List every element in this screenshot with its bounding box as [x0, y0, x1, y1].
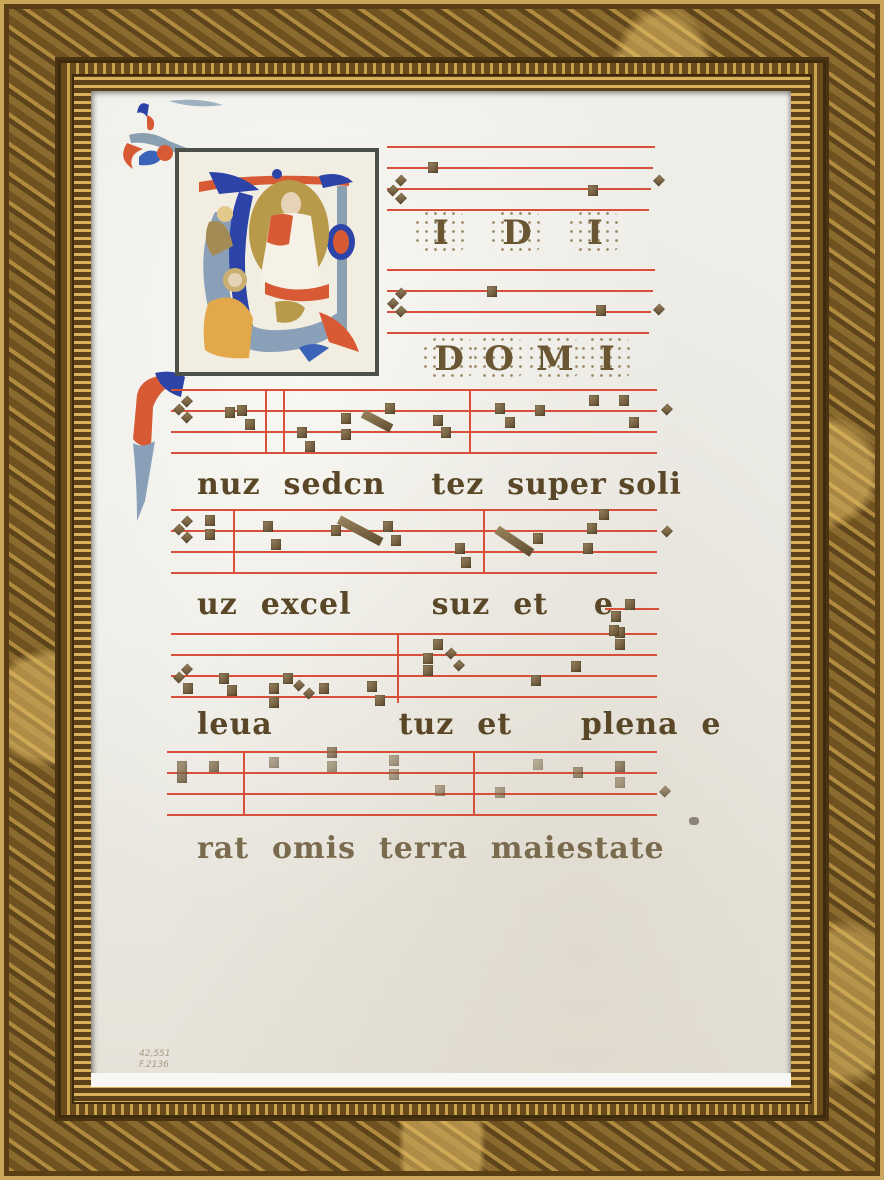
stave-4 [171, 509, 661, 579]
inventory-code: F.2136 [139, 1060, 171, 1071]
lyrics-line-1: nuz sedcn tez super soli [197, 467, 682, 502]
manuscript-leaf: I D I D O M I [91, 91, 791, 1087]
display-capital: I [570, 213, 620, 253]
inventory-note: 42,551 F.2136 [139, 1049, 171, 1071]
display-capital: D [492, 213, 542, 253]
historiated-initial [175, 148, 379, 376]
leaf-bottom-edge [91, 1073, 791, 1087]
stave-3 [171, 389, 661, 459]
stave-2 [387, 269, 657, 339]
ink-blot [689, 817, 699, 825]
lyrics-line-4: rat omis terra maiestate [197, 831, 665, 866]
inventory-number: 42,551 [139, 1049, 171, 1060]
display-capital: I [582, 339, 632, 379]
stave-6 [167, 751, 661, 821]
neume [625, 599, 635, 610]
display-capital: O [474, 339, 524, 379]
display-capital: M [530, 339, 580, 379]
display-capital: D [424, 339, 474, 379]
stave-1 [387, 146, 657, 216]
stave-5 [171, 633, 661, 703]
neume [611, 611, 621, 622]
display-capital: I [416, 213, 466, 253]
lyrics-line-3: leua tuz et plena e [197, 707, 722, 742]
lyrics-line-2: uz excel suz et e [197, 587, 614, 622]
initial-illumination [179, 152, 375, 372]
neume [609, 625, 619, 636]
